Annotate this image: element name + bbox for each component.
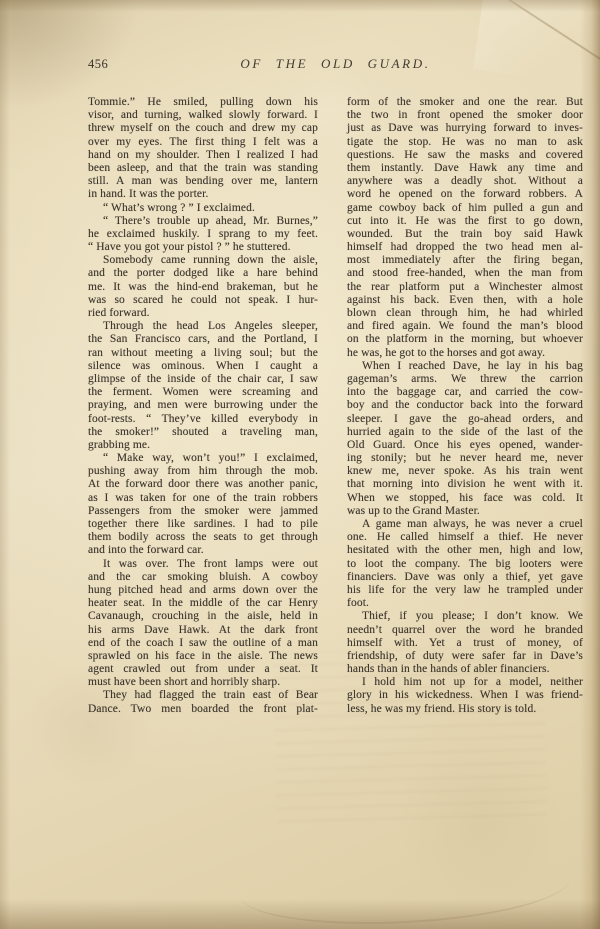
text-line: hurried again to the side of the last of… [347,426,583,439]
text-line: that morning into division he went with … [347,478,583,491]
text-line: pushing away from him through the mob. [88,465,318,478]
text-line: financiers. Dave was only a thief, yet g… [347,571,583,584]
page-edge-bottom [0,899,600,929]
text-line: “ Make way, won’t you!” I exclaimed, [88,452,318,465]
page-edge-left [0,0,10,929]
text-line: his life for the very law he trampled un… [347,584,583,597]
text-line: less, he was my friend. His story is tol… [347,703,583,716]
text-line: himself with. Yet a trust of money, of [347,637,583,650]
text-line: himself had dropped the two head men al- [347,241,583,254]
page-curl-shadow [238,842,571,929]
page-header: 456 OF THE OLD GUARD. [88,56,583,74]
text-line: Through the head Los Angeles sleeper, [88,320,318,333]
text-line: most immediately after the firing began, [347,254,583,267]
text-line: sprawled on his face in the aisle. The n… [88,650,318,663]
text-line: me. It was the hind-end brakeman, but he [88,281,318,294]
text-line: was up to the Grand Master. [347,505,583,518]
text-line: gageman’s arms. We threw the carrion [347,373,583,386]
text-line: glory in his wickedness. When I was frie… [347,689,583,702]
book-page-scan: 456 OF THE OLD GUARD. Tommie.” He smiled… [0,0,600,929]
text-line: one. He called himself a thief. He never [347,531,583,544]
text-line: form of the smoker and one the rear. But [347,96,583,109]
text-line: hands than in the hands of abler financi… [347,663,583,676]
text-line: the San Francisco cars, and the Portland… [88,333,318,346]
text-line: At the forward door there was another pa… [88,478,318,491]
text-line: Thief, if you please; I don’t know. We [347,610,583,623]
text-line: Passengers from the smoker were jammed [88,505,318,518]
text-line: ing stonily; but he never heard me, neve… [347,452,583,465]
text-line: When I reached Dave, he lay in his bag [347,360,583,373]
text-line: Dance. Two men boarded the front plat- [88,703,318,716]
text-line: blown clean through him, he had whirled [347,307,583,320]
text-line: glimpse of the inside of the chair car, … [88,373,318,386]
text-line: ran without meeting a living soul; but t… [88,347,318,360]
text-line: When we stopped, his face was cold. It [347,492,583,505]
text-line: into the baggage car, and carried the co… [347,386,583,399]
text-line: to loot the company. The big looters wer… [347,558,583,571]
text-line: grabbing me. [88,439,318,452]
text-line: his arms Dave Hawk. At the dark front [88,624,318,637]
text-line: against his back. Even then, with a hole [347,294,583,307]
running-title: OF THE OLD GUARD. [88,56,583,72]
text-line: them bodily across the seats to get thro… [88,531,318,544]
text-line: on the platform in the morning, but whoe… [347,333,583,346]
text-line: and fired again. We found the man’s bloo… [347,320,583,333]
text-line: he was, he got to the horses and got awa… [347,347,583,360]
text-line: hand on my shoulder. Then I realized I h… [88,149,318,162]
text-line: foot. [347,597,583,610]
text-line: cut into it. He was the first to go down… [347,215,583,228]
text-line: knew me, never spoke. As his train went [347,465,583,478]
text-line: A game man always, he was never a cruel [347,518,583,531]
text-line: praying, and men were burrowing under th… [88,399,318,412]
text-line: sleeper. I gave the go-ahead orders, and [347,413,583,426]
text-line: ried forward. [88,307,318,320]
text-line: visor, and turning, walked slowly forwar… [88,109,318,122]
text-line: together there like sardines. I had to p… [88,518,318,531]
text-line: hesitated with the other men, high and l… [347,544,583,557]
text-line: Somebody came running down the aisle, [88,254,318,267]
text-line: over my eyes. The first thing I felt was… [88,136,318,149]
text-line: “ What’s wrong ? ” I exclaimed. [88,202,318,215]
text-line: the ferment. Women were screaming and [88,386,318,399]
text-line: and the car smoking bluish. A cowboy [88,571,318,584]
text-line: silence was ominous. When I caught a [88,360,318,373]
text-line: Cavanaugh, crouching in the aisle, held … [88,610,318,623]
page-number: 456 [88,57,108,72]
text-line: I hold him not up for a model, neither [347,676,583,689]
text-line: friendship, of duty were safer far in Da… [347,650,583,663]
text-line: “ There’s trouble up ahead, Mr. Burnes,” [88,215,318,228]
text-line: the smoker!” shouted a traveling man, [88,426,318,439]
page-edge-top [0,0,600,12]
text-line: was so scared he could not speak. I hur- [88,294,318,307]
text-line: in hand. It was the porter. [88,188,318,201]
text-line: questions. He saw the masks and covered [347,149,583,162]
text-line: It was over. The front lamps were out [88,558,318,571]
page-edge-right [580,0,600,929]
text-line: he exclaimed huskily. I sprang to my fee… [88,228,318,241]
text-line: the two in front opened the smoker door [347,109,583,122]
text-line: word he opened on the forward robbers. A [347,188,583,201]
text-line: agent crawled out from under a seat. It [88,663,318,676]
text-line: and stood free-handed, when the man from [347,267,583,280]
text-line: end of the coach I saw the outline of a … [88,637,318,650]
text-line: game cowboy back of him pulled a gun and [347,202,583,215]
text-line: They had flagged the train east of Bear [88,689,318,702]
text-line: the rear platform put a Winchester almos… [347,281,583,294]
text-line: threw myself on the couch and drew my ca… [88,122,318,135]
text-column-right: form of the smoker and one the rear. But… [347,96,583,716]
text-column-left: Tommie.” He smiled, pulling down hisviso… [88,96,318,716]
text-line: must have been short and horribly sharp. [88,676,318,689]
page-corner-sheen [473,0,600,90]
text-line: anywhere was a deadly shot. Without a [347,175,583,188]
text-line: still. A man was bending over me, lanter… [88,175,318,188]
text-line: foot-rests. “ They’ve killed everybody i… [88,413,318,426]
text-line: “ Have you got your pistol ? ” he stutte… [88,241,318,254]
text-block: Tommie.” He smiled, pulling down hisviso… [88,96,583,716]
text-line: been asleep, and that the train was stan… [88,162,318,175]
text-line: needn’t quarrel over the word he branded [347,624,583,637]
text-line: just as Dave was hurrying forward to inv… [347,122,583,135]
text-line: boy and the conductor back into the forw… [347,399,583,412]
text-line: Old Guard. Once his eyes opened, wander- [347,439,583,452]
text-line: tigate the stop. He was no man to ask [347,136,583,149]
text-line: and into the forward car. [88,544,318,557]
text-line: Tommie.” He smiled, pulling down his [88,96,318,109]
text-line: hung pitched head and arms down over the [88,584,318,597]
text-line: and the porter dodged like a hare behind [88,267,318,280]
text-line: wounded. But the train boy said Hawk [347,228,583,241]
text-line: heater seat. In the middle of the car He… [88,597,318,610]
text-line: as I was taken for one of the train robb… [88,492,318,505]
text-line: them instantly. Dave Hawk any time and [347,162,583,175]
corner-shadow [0,0,140,110]
